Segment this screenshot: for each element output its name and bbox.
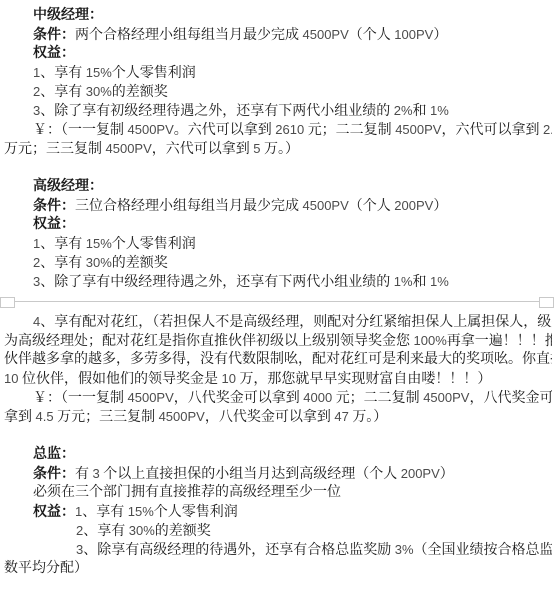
- line-text: 两个合格经理小组每组当月最少完成 4500PV（个人 100PV）: [75, 28, 447, 43]
- latin-run: 4500PV: [128, 122, 174, 137]
- text-line: 权益：1、享有 15%个人零售利润: [33, 502, 552, 521]
- latin-run: 100PV: [394, 27, 433, 42]
- latin-run: 200PV: [394, 198, 433, 213]
- text-line: 数平均分配）: [4, 559, 552, 578]
- line-bold: 权益：: [33, 217, 75, 232]
- text-line: 3、除了享有中级经理待遇之外，还享有下两代小组业绩的 1%和 1%: [33, 272, 552, 291]
- line-bold: 总监：: [33, 447, 75, 462]
- text-line: 2、享有 30%的差额奖: [33, 82, 552, 101]
- line-bold: 条件：: [33, 467, 75, 482]
- latin-run: 3: [76, 542, 83, 557]
- text-line: 伙伴越多拿的越多，多劳多得，没有代数限制吆，配对花红可是利来最大的奖项吆。你直推: [4, 350, 552, 369]
- line-text: 三位合格经理小组每组当月最少完成 4500PV（个人 200PV）: [75, 199, 447, 214]
- text-line: 10 位伙伴，假如他们的领导奖金是 10 万，那您就早早实现财富自由喽！！！）: [4, 369, 552, 388]
- line-text: 1、享有 15%个人零售利润: [75, 505, 238, 520]
- document-page: 中级经理：条件：两个合格经理小组每组当月最少完成 4500PV（个人 100PV…: [0, 0, 554, 595]
- latin-run: 10: [221, 371, 235, 386]
- text-line: 总监：: [33, 445, 552, 464]
- page-break-left-box: [0, 297, 15, 308]
- latin-run: 200PV: [401, 466, 440, 481]
- latin-run: 2: [33, 255, 40, 270]
- latin-run: 4500PV: [128, 390, 174, 405]
- latin-run: 4500PV: [303, 198, 349, 213]
- line-bold: 权益：: [33, 505, 75, 520]
- text-line: 2、享有 30%的差额奖: [76, 521, 552, 540]
- latin-run: 15%: [86, 236, 112, 251]
- latin-run: 30%: [86, 255, 112, 270]
- latin-run: 4000: [303, 390, 332, 405]
- latin-run: 10: [4, 371, 18, 386]
- latin-run: 1%: [394, 274, 413, 289]
- text-line: [4, 426, 552, 445]
- latin-run: 1: [33, 65, 40, 80]
- latin-run: 3%: [395, 542, 414, 557]
- latin-run: 4500PV: [106, 141, 152, 156]
- latin-run: 4500PV: [395, 122, 441, 137]
- latin-run: 4500PV: [303, 27, 349, 42]
- latin-run: 1: [75, 504, 82, 519]
- line-bold: 权益：: [33, 46, 75, 61]
- text-line: 中级经理：: [33, 6, 552, 25]
- text-line: 条件：两个合格经理小组每组当月最少完成 4500PV（个人 100PV）: [33, 25, 552, 44]
- line-text: 4、享有配对花红，（若担保人不是高级经理，则配对分红紧缩担保人上属担保人，级别: [33, 315, 552, 330]
- line-text: 数平均分配）: [4, 561, 88, 576]
- text-line: 万元；三三复制 4500PV，六代可以拿到 5 万。）: [4, 139, 552, 158]
- latin-run: 4.5: [36, 409, 54, 424]
- line-bold: 高级经理：: [33, 179, 103, 194]
- latin-run: 30%: [129, 523, 155, 538]
- latin-run: 4500PV: [423, 390, 469, 405]
- line-text: 1、享有 15%个人零售利润: [33, 237, 196, 252]
- line-text: 必须在三个部门拥有直接推荐的高级经理至少一位: [33, 485, 341, 500]
- line-text: 万元；三三复制 4500PV，六代可以拿到 5 万。）: [4, 142, 299, 157]
- text-line: 3、除了享有初级经理待遇之外，还享有下两代小组业绩的 2%和 1%: [33, 101, 552, 120]
- line-text: ￥：（一一复制 4500PV，八代奖金可以拿到 4000 元；二二复制 4500…: [33, 391, 552, 406]
- line-text: 有 3 个以上直接担保的小组当月达到高级经理（个人 200PV）: [75, 467, 454, 482]
- text-line: ￥：（一一复制 4500PV，八代奖金可以拿到 4000 元；二二复制 4500…: [33, 388, 552, 407]
- latin-run: 1%: [430, 103, 449, 118]
- latin-run: 1: [33, 236, 40, 251]
- latin-run: 3: [33, 103, 40, 118]
- text-line: [4, 158, 552, 177]
- line-text: 伙伴越多拿的越多，多劳多得，没有代数限制吆，配对花红可是利来最大的奖项吆。你直推: [4, 352, 552, 367]
- latin-run: 15%: [128, 504, 154, 519]
- latin-run: 4: [33, 314, 40, 329]
- page-break-line: [0, 301, 554, 302]
- latin-run: 47: [334, 409, 348, 424]
- line-bold: 中级经理：: [33, 8, 103, 23]
- latin-run: 3: [93, 466, 100, 481]
- text-line: 必须在三个部门拥有直接推荐的高级经理至少一位: [33, 483, 552, 502]
- line-text: 2、享有 30%的差额奖: [33, 256, 168, 271]
- latin-run: 15%: [86, 65, 112, 80]
- text-line: 1、享有 15%个人零售利润: [33, 63, 552, 82]
- text-line: 为高级经理处；配对花红是指你直推伙伴初级以上级别领导奖金您 100%再拿一遍！！…: [4, 331, 552, 350]
- latin-run: 30%: [86, 84, 112, 99]
- text-line: 1、享有 15%个人零售利润: [33, 234, 552, 253]
- line-text: 2、享有 30%的差额奖: [33, 85, 168, 100]
- line-bold: 条件：: [33, 199, 75, 214]
- latin-run: 100%: [414, 333, 447, 348]
- line-text: 3、除了享有中级经理待遇之外，还享有下两代小组业绩的 1%和 1%: [33, 275, 449, 290]
- text-line: 3、除享有高级经理的待遇外，还享有合格总监奖励 3%（全国业绩按合格总监人: [76, 540, 552, 559]
- text-line: 4、享有配对花红，（若担保人不是高级经理，则配对分红紧缩担保人上属担保人，级别: [33, 312, 552, 331]
- page-break-right-box: [539, 297, 554, 308]
- text-line: ￥：（一一复制 4500PV。六代可以拿到 2610 元；二二复制 4500PV…: [33, 120, 552, 139]
- text-line: 拿到 4.5 万元；三三复制 4500PV，八代奖金可以拿到 47 万。）: [4, 407, 552, 426]
- latin-run: 2: [33, 84, 40, 99]
- line-text: 拿到 4.5 万元；三三复制 4500PV，八代奖金可以拿到 47 万。）: [4, 410, 387, 425]
- text-line: 权益：: [33, 44, 552, 63]
- line-bold: 条件：: [33, 28, 75, 43]
- text-line: 2、享有 30%的差额奖: [33, 253, 552, 272]
- line-text: 3、除了享有初级经理待遇之外，还享有下两代小组业绩的 2%和 1%: [33, 104, 449, 119]
- text-line: 权益：: [33, 215, 552, 234]
- latin-run: 2.5: [543, 122, 552, 137]
- text-line: 条件：三位合格经理小组每组当月最少完成 4500PV（个人 200PV）: [33, 196, 552, 215]
- line-text: 2、享有 30%的差额奖: [76, 524, 211, 539]
- latin-run: 1%: [430, 274, 449, 289]
- line-text: 3、除享有高级经理的待遇外，还享有合格总监奖励 3%（全国业绩按合格总监人: [76, 543, 552, 558]
- latin-run: 2610: [275, 122, 304, 137]
- page-break-marker: [4, 293, 552, 311]
- latin-run: 2: [76, 523, 83, 538]
- latin-run: 3: [33, 274, 40, 289]
- text-line: 条件：有 3 个以上直接担保的小组当月达到高级经理（个人 200PV）: [33, 464, 552, 483]
- line-text: 为高级经理处；配对花红是指你直推伙伴初级以上级别领导奖金您 100%再拿一遍！！…: [4, 334, 552, 349]
- line-text: ￥：（一一复制 4500PV。六代可以拿到 2610 元；二二复制 4500PV…: [33, 123, 552, 138]
- latin-run: 4500PV: [159, 409, 205, 424]
- latin-run: 5: [253, 141, 260, 156]
- line-text: 10 位伙伴，假如他们的领导奖金是 10 万，那您就早早实现财富自由喽！！！）: [4, 372, 491, 387]
- latin-run: 2%: [394, 103, 413, 118]
- text-line: 高级经理：: [33, 177, 552, 196]
- line-text: 1、享有 15%个人零售利润: [33, 66, 196, 81]
